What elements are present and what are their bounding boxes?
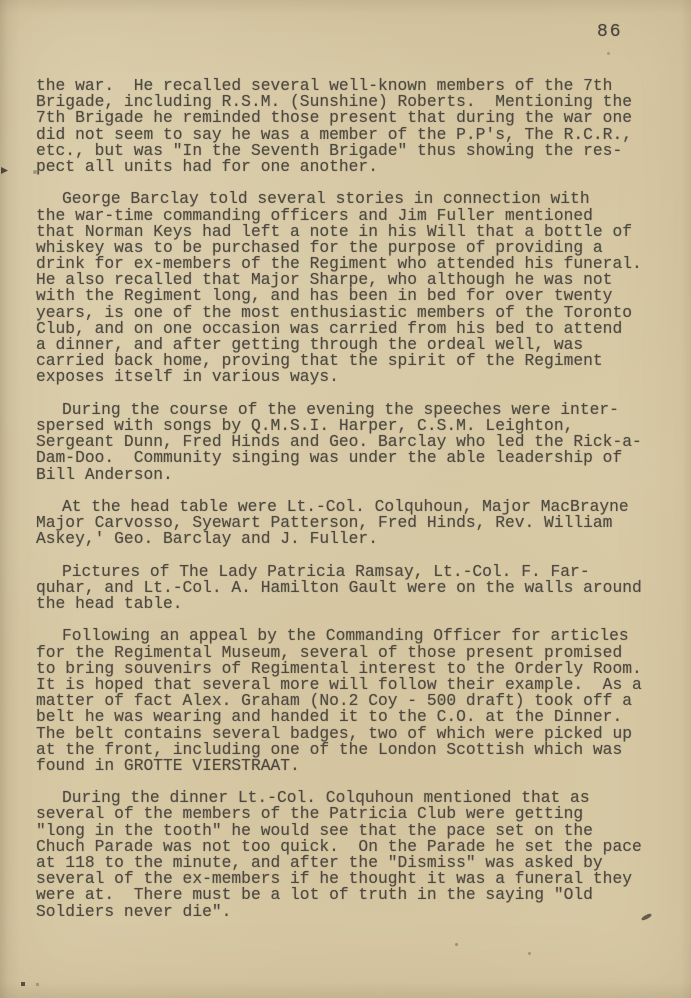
paper-speck bbox=[607, 52, 610, 55]
paper-speck bbox=[36, 983, 39, 986]
paragraph-5: Pictures of The Lady Patricia Ramsay, Lt… bbox=[36, 564, 666, 613]
paragraph-2: George Barclay told several stories in c… bbox=[36, 191, 666, 385]
paper-speck bbox=[33, 170, 37, 174]
paragraph-1: the war. He recalled several well-known … bbox=[36, 78, 666, 175]
text-line: found in GROTTE VIERSTRAAT. bbox=[36, 758, 666, 774]
paper-speck bbox=[455, 943, 458, 946]
text-line: exposes itself in various ways. bbox=[36, 369, 666, 385]
page-number: 86 bbox=[597, 22, 623, 42]
paragraph-6: Following an appeal by the Commanding Of… bbox=[36, 628, 666, 774]
paper-speck bbox=[21, 982, 25, 986]
text-line: Soldiers never die". bbox=[36, 904, 666, 920]
document-body: the war. He recalled several well-known … bbox=[36, 78, 666, 920]
scanned-document-page: 86 the war. He recalled several well-kno… bbox=[0, 0, 691, 998]
text-line: Bill Anderson. bbox=[36, 467, 666, 483]
paper-speck bbox=[528, 952, 531, 955]
paragraph-4: At the head table were Lt.-Col. Colquhou… bbox=[36, 499, 666, 548]
text-line: the head table. bbox=[36, 596, 666, 612]
text-line: pect all units had for one another. bbox=[36, 159, 666, 175]
paragraph-3: During the course of the evening the spe… bbox=[36, 402, 666, 483]
text-line: Askey,' Geo. Barclay and J. Fuller. bbox=[36, 531, 666, 547]
paragraph-7: During the dinner Lt.-Col. Colquhoun men… bbox=[36, 790, 666, 920]
